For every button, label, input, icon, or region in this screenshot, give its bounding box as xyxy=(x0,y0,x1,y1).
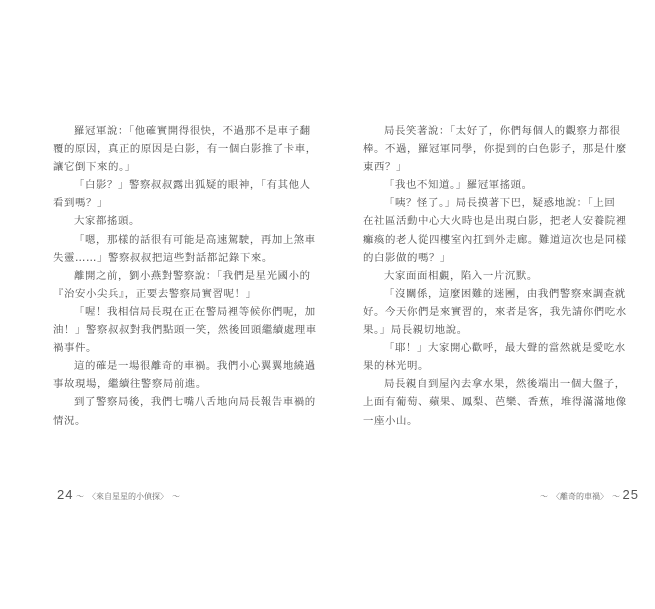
text-line: 「喔！我相信局長現在正在警局裡等候你們呢，加 xyxy=(53,303,275,321)
text-line: 禍事件。 xyxy=(53,339,275,357)
text-line: 事故現場，繼續往警察局前進。 xyxy=(53,375,275,393)
text-line: 一座小山。 xyxy=(363,412,601,430)
text-line: 「耶！」大家開心歡呼，最大聲的當然就是愛吃水 xyxy=(363,339,601,357)
text-line: 「白影？」警察叔叔露出狐疑的眼神，「有其他人 xyxy=(53,176,275,194)
text-line: 大家面面相覷，陷入一片沉默。 xyxy=(363,267,601,285)
right-page-footer: ～〈離奇的車禍〉～ 25 xyxy=(540,487,639,502)
text-line: 羅冠軍說：「他確實開得很快，不過那不是車子翻 xyxy=(53,122,275,140)
footer-decoration: ～ xyxy=(540,492,548,501)
text-line: 覆的原因，真正的原因是白影，有一個白影推了卡車， xyxy=(53,140,275,158)
text-line: 好。今天你們是來實習的，來者是客，我先請你們吃水 xyxy=(363,303,601,321)
text-line: 的白影做的嗎？」 xyxy=(363,249,601,267)
chapter-title: 〈離奇的車禍〉 xyxy=(552,492,608,501)
page-number-right: 25 xyxy=(623,487,639,502)
footer-decoration: ～ xyxy=(612,492,620,501)
text-line: 棒。不過，羅冠軍同學，你提到的白色影子，那是什麼 xyxy=(363,140,601,158)
text-line: 在社區活動中心大火時也是出現白影，把老人安養院裡 xyxy=(363,212,601,230)
text-line: 油！」警察叔叔對我們點頭一笑，然後回頭繼續處理車 xyxy=(53,321,275,339)
text-line: 大家都搖頭。 xyxy=(53,212,275,230)
text-line: 局長親自到屋內去拿水果，然後端出一個大盤子， xyxy=(363,375,601,393)
text-line: 局長笑著說：「太好了，你們每個人的觀察力都很 xyxy=(363,122,601,140)
left-page-footer: 24 ～〈來自星星的小偵探〉～ xyxy=(57,487,180,502)
right-page-body: 局長笑著說：「太好了，你們每個人的觀察力都很棒。不過，羅冠軍同學，你提到的白色影… xyxy=(363,122,601,430)
text-line: 「沒關係，這麼困難的迷團，由我們警察來調查就 xyxy=(363,285,601,303)
text-line: 情況。 xyxy=(53,412,275,430)
text-line: 果的林光明。 xyxy=(363,357,601,375)
text-line: 失靈……」警察叔叔把這些對話都記錄下來。 xyxy=(53,249,275,267)
text-line: 上面有葡萄、蘋果、鳳梨、芭樂、香蕉，堆得滿滿地像 xyxy=(363,393,601,411)
text-line: 這的確是一場很離奇的車禍。我們小心翼翼地繞過 xyxy=(53,357,275,375)
text-line: 「嗯，那樣的話很有可能是高速駕駛，再加上煞車 xyxy=(53,231,275,249)
text-line: 『治安小尖兵』，正要去警察局實習呢！」 xyxy=(53,285,275,303)
text-line: 「咦？怪了。」局長摸著下巴，疑惑地說：「上回 xyxy=(363,194,601,212)
book-title: 〈來自星星的小偵探〉 xyxy=(88,492,168,501)
text-line: 看到嗎？」 xyxy=(53,194,275,212)
text-line: 離開之前，劉小燕對警察說：「我們是星光國小的 xyxy=(53,267,275,285)
page-number-left: 24 xyxy=(57,487,73,502)
text-line: 癱瘓的老人從四樓室內扛到外走廊。難道這次也是同樣 xyxy=(363,231,601,249)
text-line: 到了警察局後，我們七嘴八舌地向局長報告車禍的 xyxy=(53,393,275,411)
footer-decoration: ～ xyxy=(76,492,84,501)
text-line: 讓它倒下來的。」 xyxy=(53,158,275,176)
left-page-body: 羅冠軍說：「他確實開得很快，不過那不是車子翻覆的原因，真正的原因是白影，有一個白… xyxy=(53,122,275,430)
text-line: 「我也不知道。」羅冠軍搖頭。 xyxy=(363,176,601,194)
text-line: 東西？」 xyxy=(363,158,601,176)
text-line: 果。」局長親切地說。 xyxy=(363,321,601,339)
footer-decoration: ～ xyxy=(172,492,180,501)
